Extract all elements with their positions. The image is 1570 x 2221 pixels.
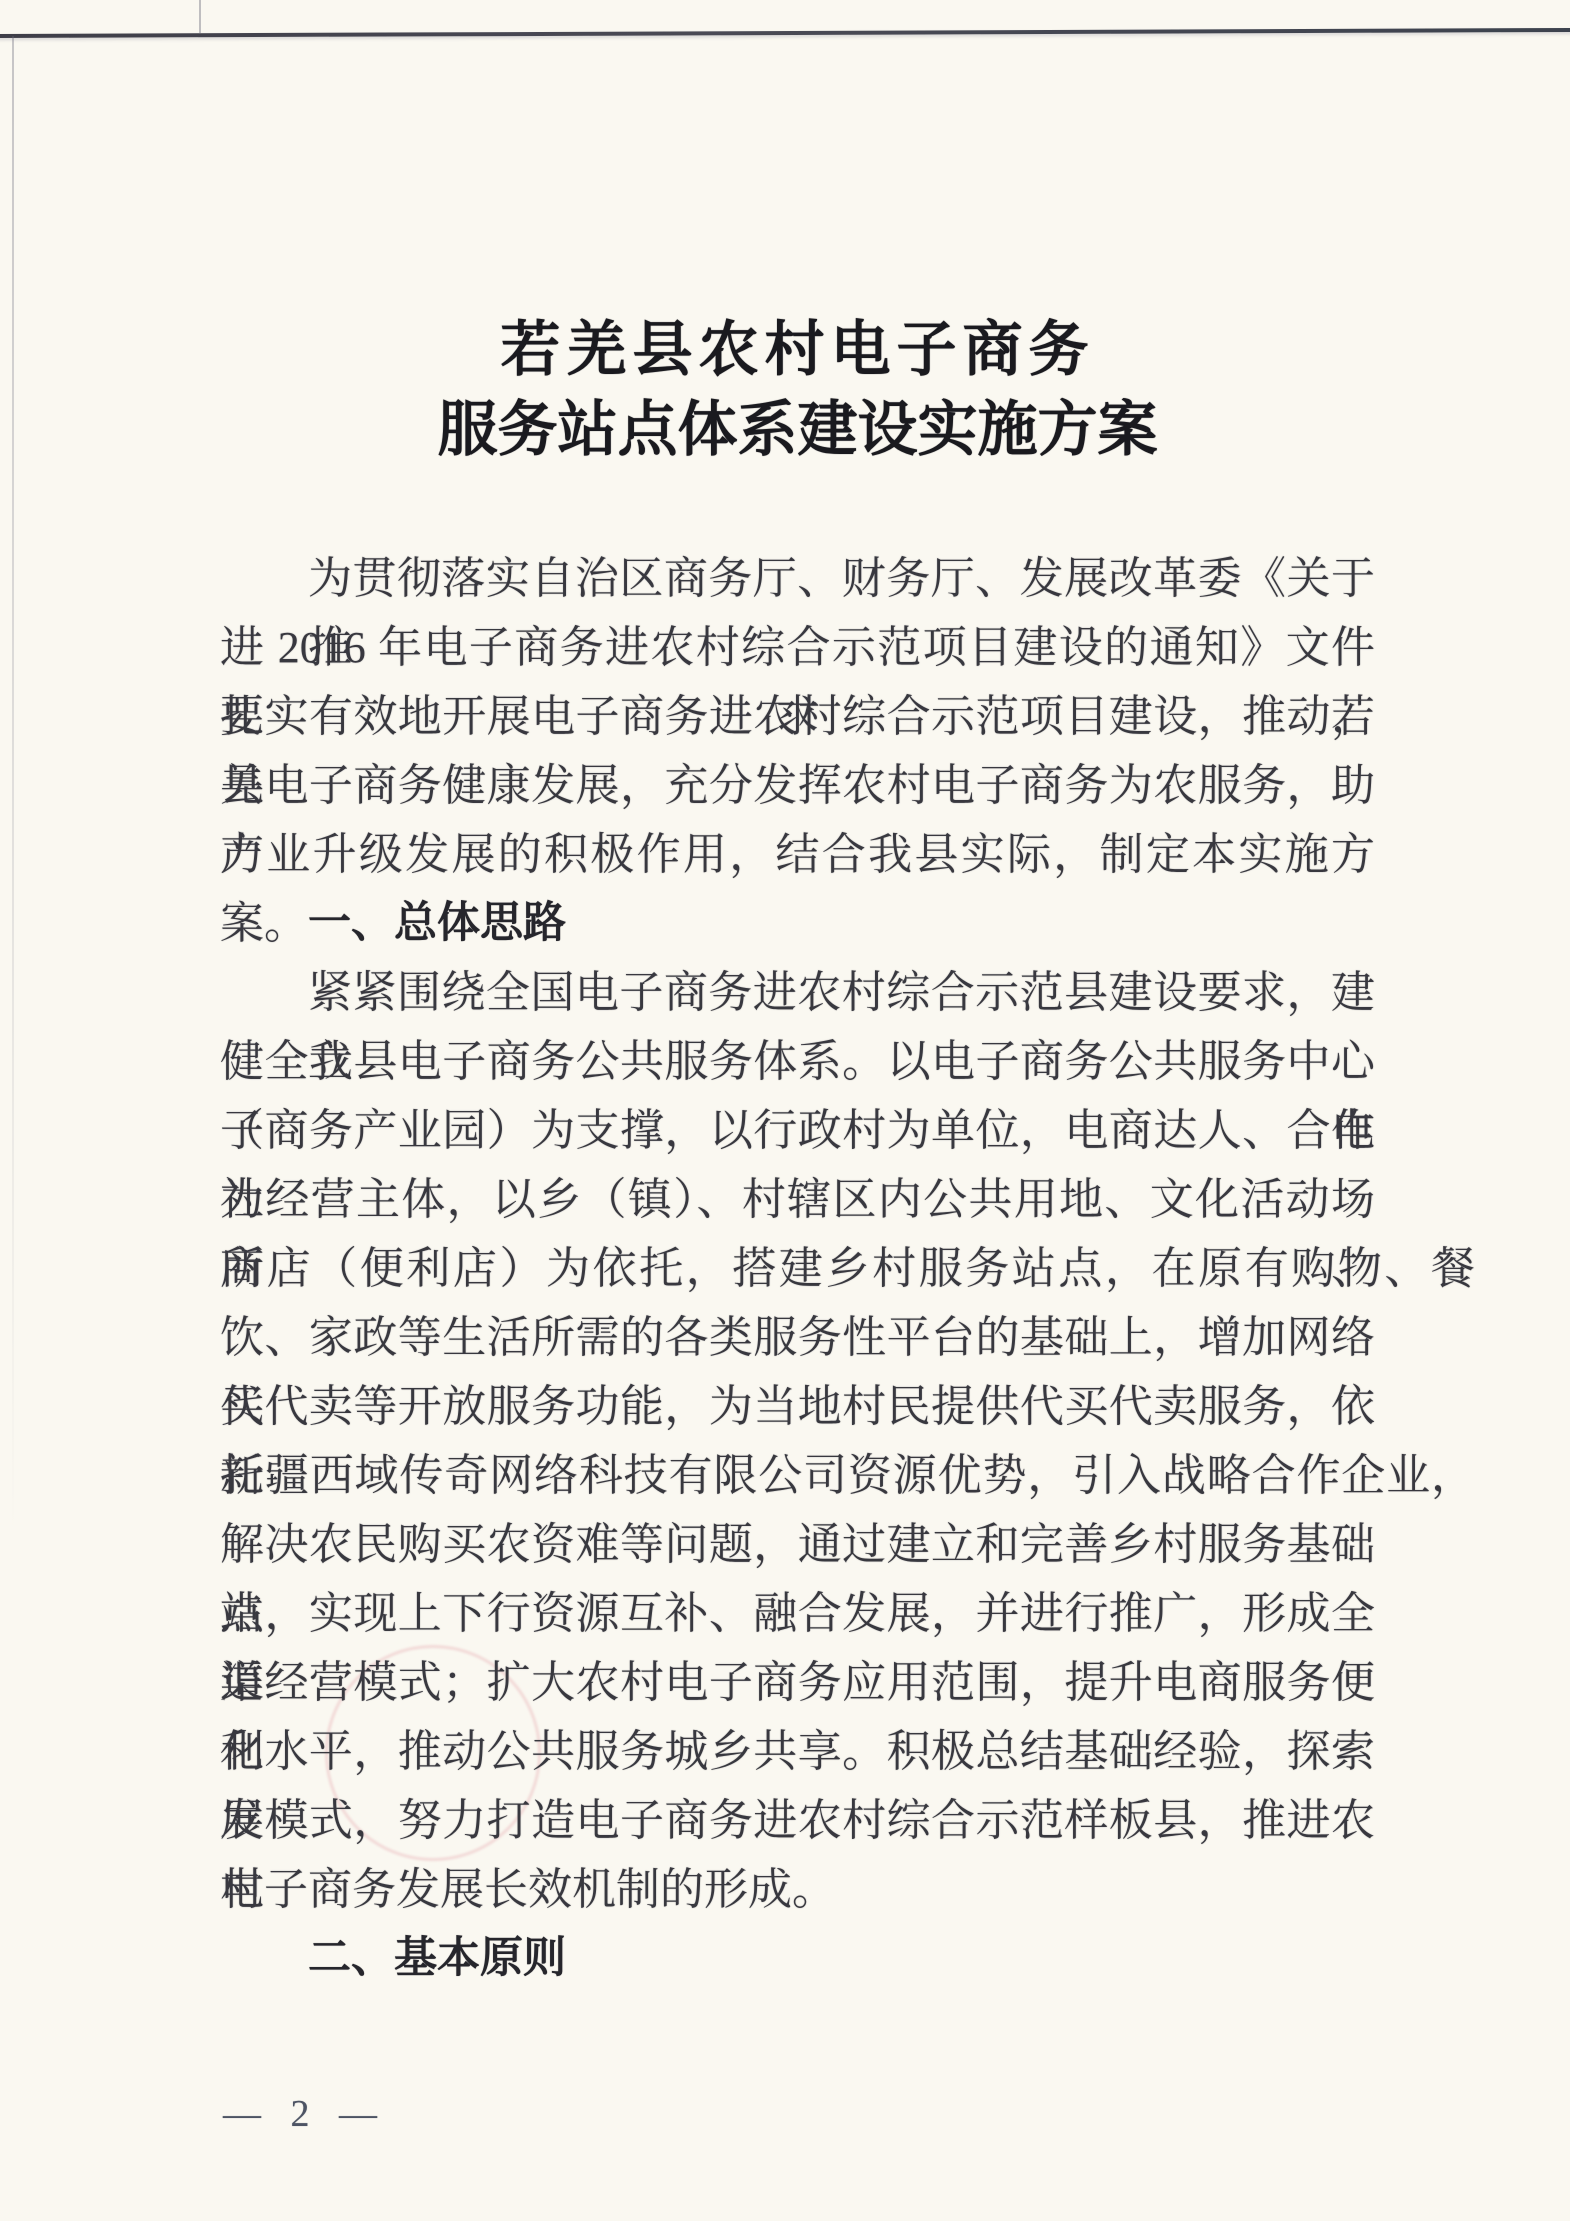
title-line-1: 若羌县农村电子商务 [220, 310, 1375, 390]
text-line: 新疆西域传奇网络科技有限公司资源优势，引入战略合作企业， [220, 1441, 1475, 1510]
text-line: 商店（便利店）为依托，搭建乡村服务站点，在原有购物、餐 [220, 1234, 1475, 1303]
section-heading-1: 一、总体思路 [220, 889, 1375, 958]
text-line: 饮、家政等生活所需的各类服务性平台的基础上，增加网络代 [220, 1303, 1375, 1372]
scan-artifact-left-edge [12, 36, 14, 1536]
text-line: 为贯彻落实自治区商务厅、财务厅、发展改革委《关于推 [220, 544, 1375, 613]
scanned-page: 若羌县农村电子商务 服务站点体系建设实施方案 为贯彻落实自治区商务厅、财务厅、发… [0, 0, 1570, 2221]
text-line: 道经营模式；扩大农村电子商务应用范围，提升电商服务便利 [220, 1648, 1375, 1717]
document-body: 为贯彻落实自治区商务厅、财务厅、发展改革委《关于推 进 2016 年电子商务进农… [220, 544, 1375, 1993]
page-number: — 2 — [223, 2092, 387, 2136]
text-line: 健全我县电子商务公共服务体系。以电子商务公共服务中心（电 [220, 1027, 1375, 1096]
scan-artifact-top-line [0, 28, 1570, 38]
text-line: 产业升级发展的积极作用，结合我县实际，制定本实施方案。 [220, 820, 1375, 889]
text-line: 化水平，推动公共服务城乡共享。积极总结基础经验，探索发 [220, 1717, 1375, 1786]
text-line: 进 2016 年电子商务进农村综合示范项目建设的通知》文件要求， [220, 613, 1375, 682]
scan-artifact-tick [199, 0, 201, 33]
section-heading-2: 二、基本原则 [220, 1924, 1375, 1993]
document-title: 若羌县农村电子商务 服务站点体系建设实施方案 [220, 310, 1375, 470]
text-line: 扎实有效地开展电子商务进农村综合示范项目建设，推动若羌 [220, 682, 1375, 751]
text-line: 子商务产业园）为支撑，以行政村为单位，电商达人、合作社 [220, 1096, 1375, 1165]
text-line: 解决农民购买农资难等问题，通过建立和完善乡村服务基础站 [220, 1510, 1375, 1579]
text-line: 点，实现上下行资源互补、融合发展，并进行推广，形成全渠 [220, 1579, 1375, 1648]
text-line: 展模式，努力打造电子商务进农村综合示范样板县，推进农村 [220, 1786, 1375, 1855]
text-line: 为经营主体，以乡（镇）、村辖区内公共用地、文化活动场所、 [220, 1165, 1375, 1234]
text-line: 电子商务发展长效机制的形成。 [220, 1855, 1375, 1924]
text-line: 紧紧围绕全国电子商务进农村综合示范县建设要求，建立 [220, 958, 1375, 1027]
text-line: 买代卖等开放服务功能，为当地村民提供代买代卖服务，依托 [220, 1372, 1375, 1441]
text-line: 县电子商务健康发展，充分发挥农村电子商务为农服务，助力 [220, 751, 1375, 820]
title-line-2: 服务站点体系建设实施方案 [220, 390, 1375, 470]
